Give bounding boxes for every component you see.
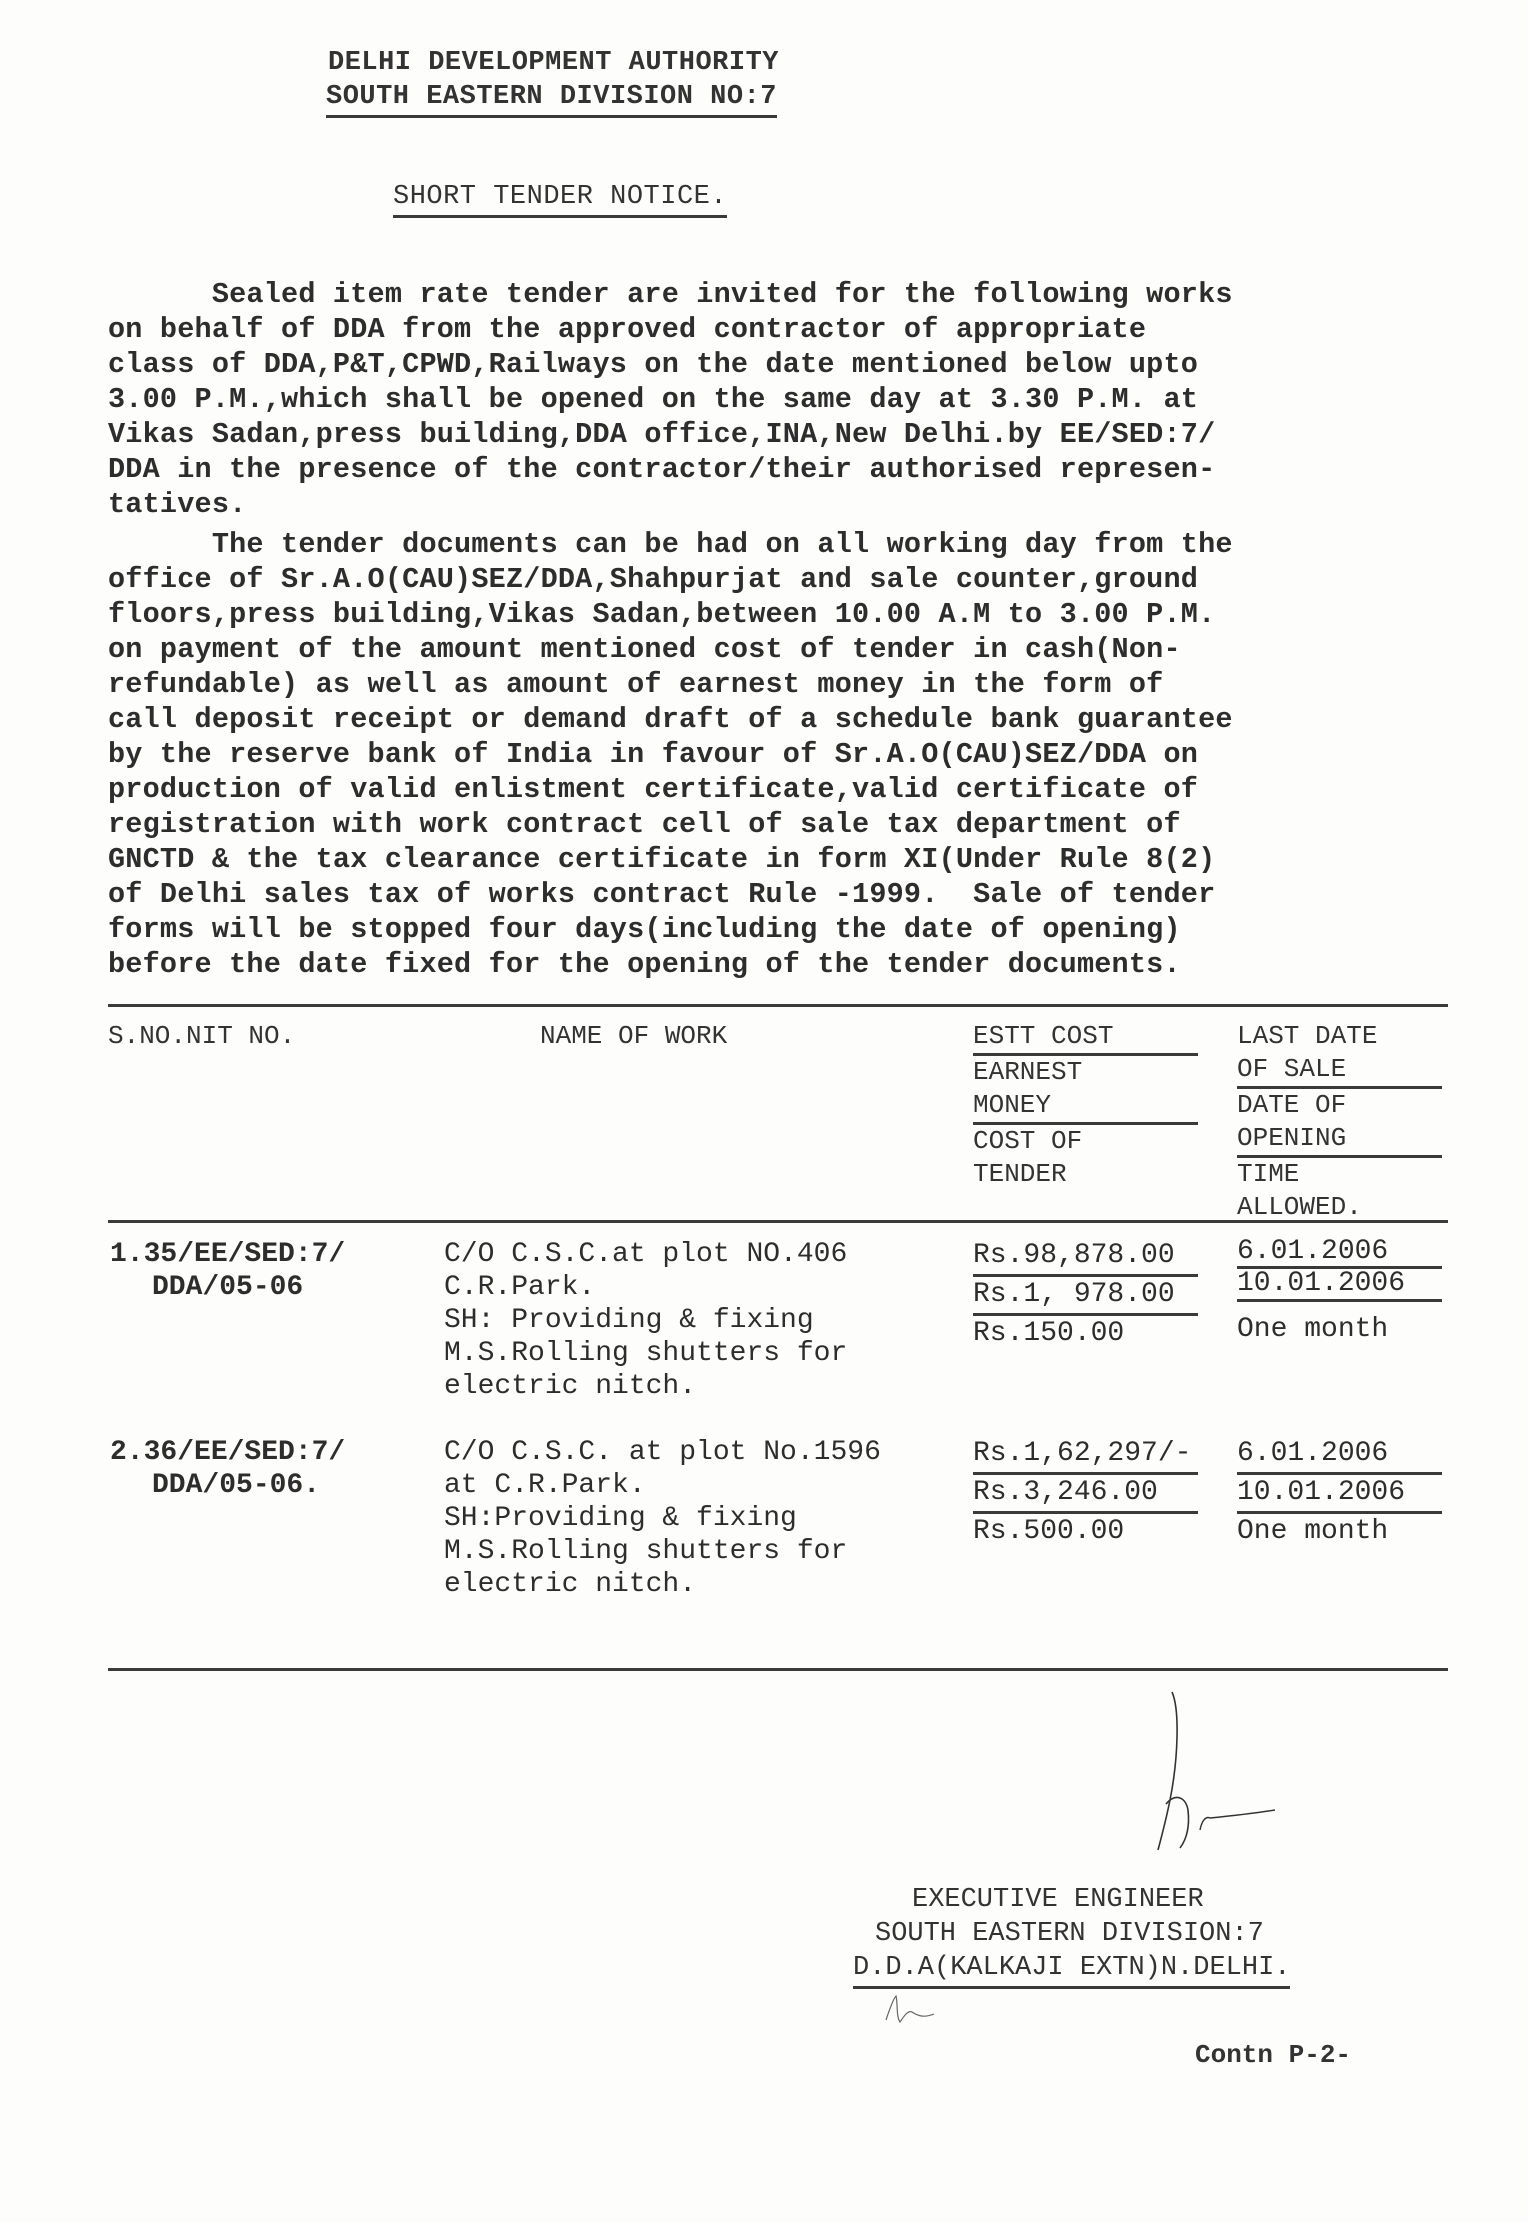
paragraph-line: registration with work contract cell of …	[108, 807, 1448, 842]
nit-year: DDA/05-06	[110, 1271, 345, 1304]
header-money: MONEY	[973, 1089, 1198, 1125]
header-date-of: DATE OF	[1237, 1089, 1442, 1122]
table-row-1-work: C/O C.S.C.at plot NO.406 C.R.Park. SH: P…	[444, 1238, 847, 1403]
authority-heading: DELHI DEVELOPMENT AUTHORITY	[328, 46, 779, 80]
header-of-sale: OF SALE	[1237, 1053, 1442, 1089]
division-heading: SOUTH EASTERN DIVISION NO:7	[326, 80, 777, 118]
work-line: electric nitch.	[444, 1568, 881, 1601]
continuation-note: Contn P-2-	[1195, 2040, 1351, 2070]
nit-year: DDA/05-06.	[110, 1469, 345, 1502]
work-line: M.S.Rolling shutters for	[444, 1535, 881, 1568]
paragraph-line: by the reserve bank of India in favour o…	[108, 737, 1448, 772]
nit-number: 2.36/EE/SED:7/	[110, 1436, 345, 1469]
table-row-2-nit: 2.36/EE/SED:7/ DDA/05-06.	[110, 1436, 345, 1502]
last-date-of-sale: 6.01.2006	[1237, 1238, 1442, 1269]
table-top-rule	[108, 1004, 1448, 1007]
paragraph-line: floors,press building,Vikas Sadan,betwee…	[108, 597, 1448, 632]
earnest-money: Rs.1, 978.00	[973, 1277, 1198, 1316]
notice-title: SHORT TENDER NOTICE.	[393, 180, 727, 218]
nit-number: 1.35/EE/SED:7/	[110, 1238, 345, 1271]
paragraph-line: tatives.	[108, 487, 1448, 522]
table-row-2-dates: 6.01.2006 10.01.2006 One month	[1237, 1436, 1442, 1550]
work-line: C/O C.S.C. at plot No.1596	[444, 1436, 881, 1469]
header-cost-column: ESTT COST EARNEST MONEY COST OF TENDER	[973, 1020, 1198, 1191]
signatory-division: SOUTH EASTERN DIVISION:7	[875, 1917, 1264, 1951]
paragraph-line: DDA in the presence of the contractor/th…	[108, 452, 1448, 487]
signatory-office: D.D.A(KALKAJI EXTN)N.DELHI.	[853, 1951, 1290, 1989]
work-line: electric nitch.	[444, 1370, 847, 1403]
header-name-of-work: NAME OF WORK	[540, 1020, 727, 1053]
header-estt-cost: ESTT COST	[973, 1020, 1198, 1056]
table-row-1-costs: Rs.98,878.00 Rs.1, 978.00 Rs.150.00	[973, 1238, 1198, 1352]
paragraph-line: GNCTD & the tax clearance certificate in…	[108, 842, 1448, 877]
header-tender: TENDER	[973, 1158, 1198, 1191]
work-line: M.S.Rolling shutters for	[444, 1337, 847, 1370]
date-of-opening: 10.01.2006	[1237, 1475, 1442, 1514]
work-line: at C.R.Park.	[444, 1469, 881, 1502]
paragraph-line: class of DDA,P&T,CPWD,Railways on the da…	[108, 347, 1448, 382]
header-date-column: LAST DATE OF SALE DATE OF OPENING TIME A…	[1237, 1020, 1442, 1224]
work-line: SH: Providing & fixing	[444, 1304, 847, 1337]
header-cost-of: COST OF	[973, 1125, 1198, 1158]
estt-cost: Rs.1,62,297/-	[973, 1436, 1198, 1475]
paragraph-line: 3.00 P.M.,which shall be opened on the s…	[108, 382, 1448, 417]
paragraph-line: Sealed item rate tender are invited for …	[108, 277, 1448, 312]
signature-scribble-icon	[1150, 1680, 1300, 1855]
table-bottom-rule	[108, 1668, 1448, 1671]
time-allowed: One month	[1237, 1312, 1442, 1348]
paragraph-invitation: Sealed item rate tender are invited for …	[108, 277, 1448, 522]
earnest-money: Rs.3,246.00	[973, 1475, 1198, 1514]
paragraph-line: production of valid enlistment certifica…	[108, 772, 1448, 807]
date-of-opening: 10.01.2006	[1237, 1269, 1442, 1302]
estt-cost: Rs.98,878.00	[973, 1238, 1198, 1277]
signatory-designation: EXECUTIVE ENGINEER	[912, 1883, 1204, 1917]
header-earnest: EARNEST	[973, 1056, 1198, 1089]
paragraph-line: call deposit receipt or demand draft of …	[108, 702, 1448, 737]
paragraph-line: office of Sr.A.O(CAU)SEZ/DDA,Shahpurjat …	[108, 562, 1448, 597]
table-row-1-dates: 6.01.2006 10.01.2006 One month	[1237, 1238, 1442, 1348]
last-date-of-sale: 6.01.2006	[1237, 1436, 1442, 1475]
paragraph-line: on behalf of DDA from the approved contr…	[108, 312, 1448, 347]
table-header-rule	[108, 1220, 1448, 1223]
cost-of-tender: Rs.500.00	[973, 1514, 1198, 1550]
table-row-1-nit: 1.35/EE/SED:7/ DDA/05-06	[110, 1238, 345, 1304]
header-last-date: LAST DATE	[1237, 1020, 1442, 1053]
paragraph-line: The tender documents can be had on all w…	[108, 527, 1448, 562]
paragraph-line: before the date fixed for the opening of…	[108, 947, 1448, 982]
paragraph-line: of Delhi sales tax of works contract Rul…	[108, 877, 1448, 912]
header-opening: OPENING	[1237, 1122, 1442, 1158]
paragraph-line: refundable) as well as amount of earnest…	[108, 667, 1448, 702]
work-line: C.R.Park.	[444, 1271, 847, 1304]
time-allowed: One month	[1237, 1514, 1442, 1550]
work-line: SH:Providing & fixing	[444, 1502, 881, 1535]
table-row-2-costs: Rs.1,62,297/- Rs.3,246.00 Rs.500.00	[973, 1436, 1198, 1550]
table-row-2-work: C/O C.S.C. at plot No.1596 at C.R.Park. …	[444, 1436, 881, 1601]
paragraph-documents: The tender documents can be had on all w…	[108, 527, 1448, 982]
paragraph-line: forms will be stopped four days(includin…	[108, 912, 1448, 947]
initials-scribble-icon	[880, 1990, 940, 2030]
paragraph-line: on payment of the amount mentioned cost …	[108, 632, 1448, 667]
paragraph-line: Vikas Sadan,press building,DDA office,IN…	[108, 417, 1448, 452]
header-time: TIME	[1237, 1158, 1442, 1191]
header-sno-nit: S.NO.NIT NO.	[108, 1020, 295, 1053]
cost-of-tender: Rs.150.00	[973, 1316, 1198, 1352]
work-line: C/O C.S.C.at plot NO.406	[444, 1238, 847, 1271]
